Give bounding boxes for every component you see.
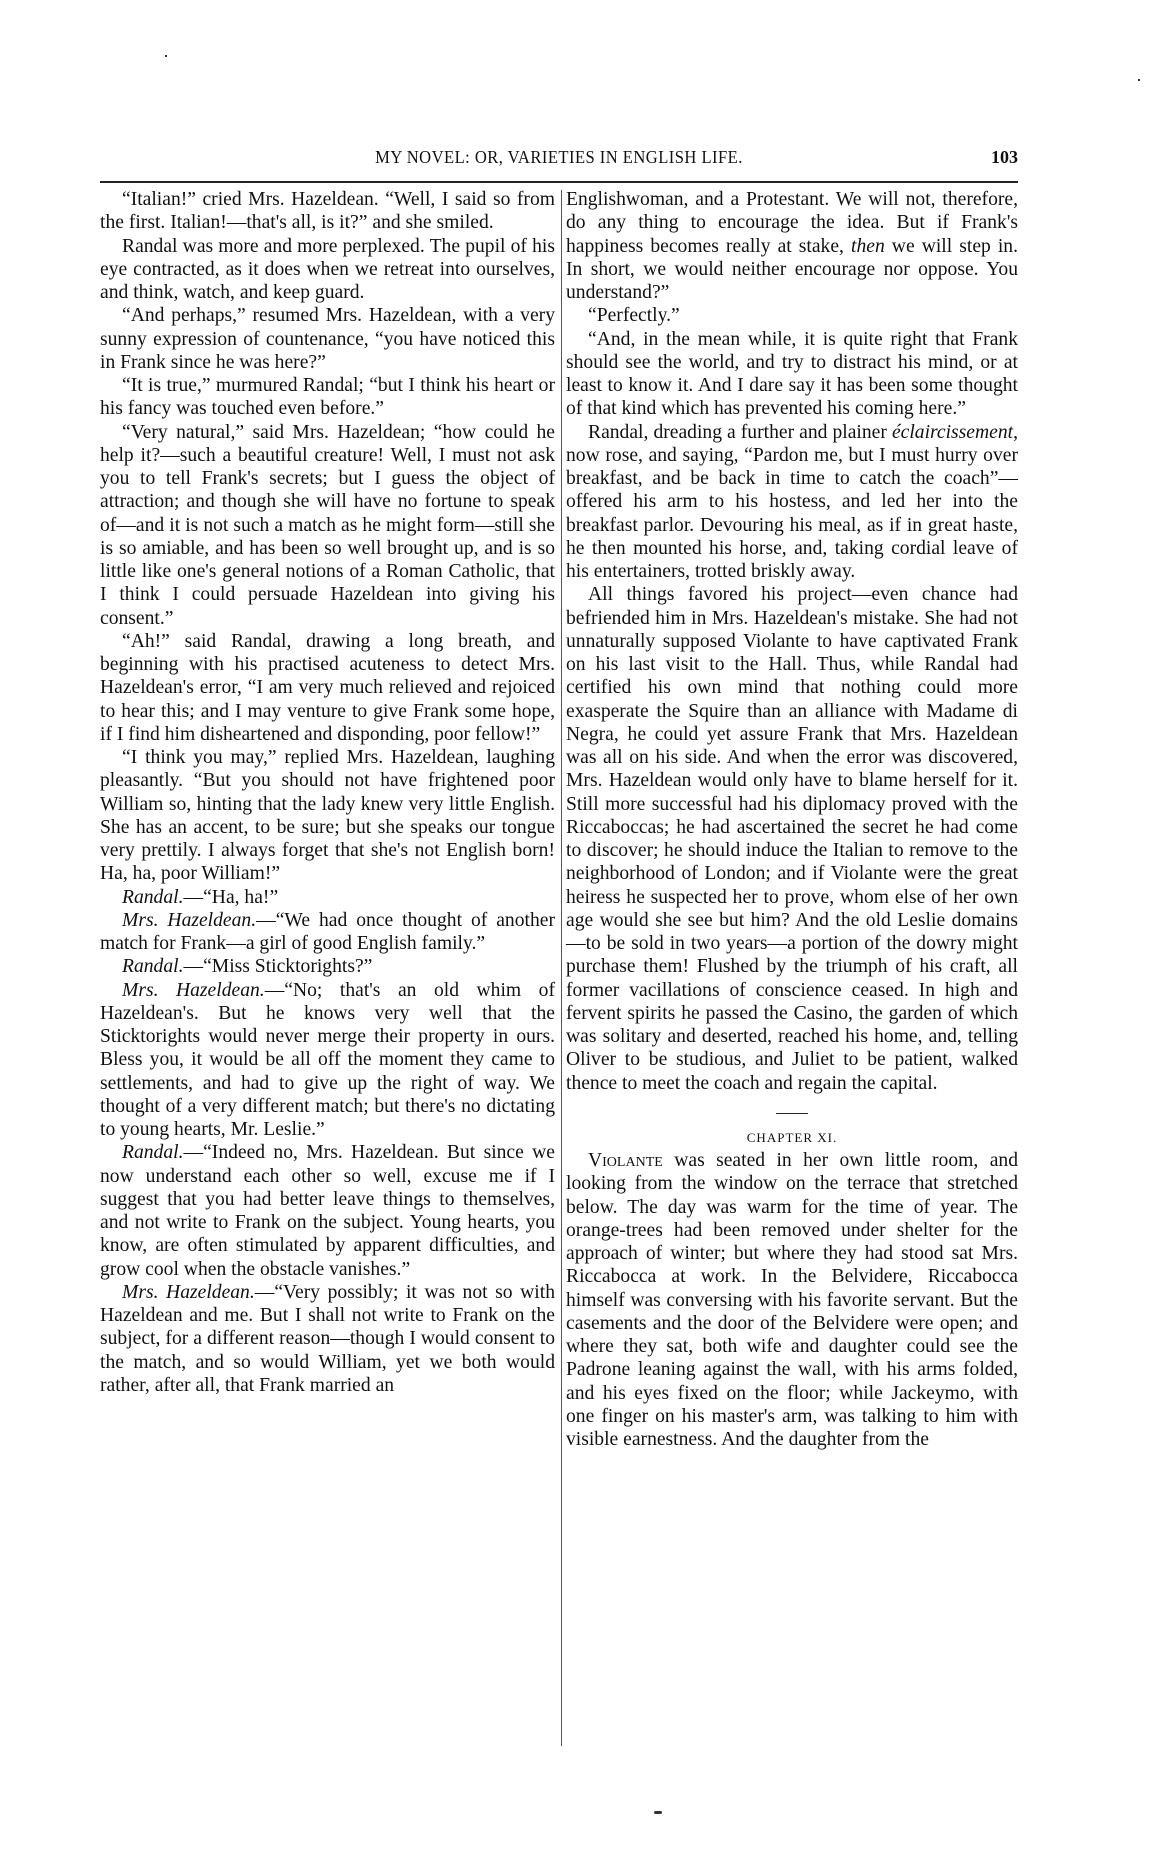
running-title: MY NOVEL: OR, VARIETIES IN ENGLISH LIFE. [137,147,982,168]
dialogue-text: —“Ha, ha!” [184,887,279,908]
left-column: “Italian!” cried Mrs. Hazeldean. “Well, … [100,188,555,1397]
paragraph: “I think you may,” replied Mrs. Hazeldea… [100,746,555,886]
page-number: 103 [991,147,1018,168]
dialogue-paragraph: Mrs. Hazeldean.—“Very possibly; it was n… [100,1281,555,1397]
paragraph: Randal, dreading a further and plainer é… [566,421,1018,584]
paragraph: “And perhaps,” resumed Mrs. Hazeldean, w… [100,304,555,374]
running-head: MY NOVEL: OR, VARIETIES IN ENGLISH LIFE.… [100,147,1018,173]
stray-mark [165,55,167,57]
speaker-name: Randal. [122,956,184,977]
speaker-name: Mrs. Hazeldean. [122,1282,255,1303]
chapter-opening-paragraph: Violante was seated in her own little ro… [566,1149,1018,1451]
dialogue-text: —“No; that's an old whim of Hazeldean's.… [100,980,555,1141]
paragraph: “Ah!” said Randal, drawing a long breath… [100,630,555,746]
paragraph: Englishwoman, and a Protestant. We will … [566,188,1018,304]
header-rule [100,181,1018,183]
emphasis: éclaircissement [892,422,1013,443]
dialogue-paragraph: Randal.—“Ha, ha!” [100,886,555,909]
paragraph: “It is true,” murmured Randal; “but I th… [100,374,555,421]
paragraph: “Italian!” cried Mrs. Hazeldean. “Well, … [100,188,555,235]
chapter-lead-word: Violante [588,1150,663,1171]
text-run: Randal, dreading a further and plainer [588,422,892,443]
text-run: , now rose, and saying, “Pardon me, but … [566,422,1018,583]
stray-mark [1138,79,1140,81]
text-run: was seated in her own little room, and l… [566,1150,1018,1450]
dialogue-paragraph: Mrs. Hazeldean.—“No; that's an old whim … [100,979,555,1142]
paragraph: Randal was more and more perplexed. The … [100,235,555,305]
paragraph: “And, in the mean while, it is quite rig… [566,328,1018,421]
emphasis: then [851,236,885,257]
paragraph: All things favored his project—even chan… [566,583,1018,1095]
dialogue-paragraph: Randal.—“Indeed no, Mrs. Hazeldean. But … [100,1141,555,1281]
speaker-name: Randal. [122,1142,184,1163]
chapter-heading: CHAPTER XI. [566,1126,1018,1149]
dialogue-paragraph: Mrs. Hazeldean.—“We had once thought of … [100,909,555,956]
dialogue-text: —“Miss Sticktorights?” [184,956,373,977]
paragraph: “Perfectly.” [566,304,1018,327]
column-divider [561,190,562,1746]
right-column: Englishwoman, and a Protestant. We will … [566,188,1018,1451]
dialogue-paragraph: Randal.—“Miss Sticktorights?” [100,955,555,978]
speaker-name: Mrs. Hazeldean. [122,980,265,1001]
footer-mark [654,1811,662,1814]
speaker-name: Mrs. Hazeldean. [122,910,256,931]
chapter-separator-rule [776,1113,808,1114]
speaker-name: Randal. [122,887,184,908]
paragraph: “Very natural,” said Mrs. Hazeldean; “ho… [100,421,555,630]
